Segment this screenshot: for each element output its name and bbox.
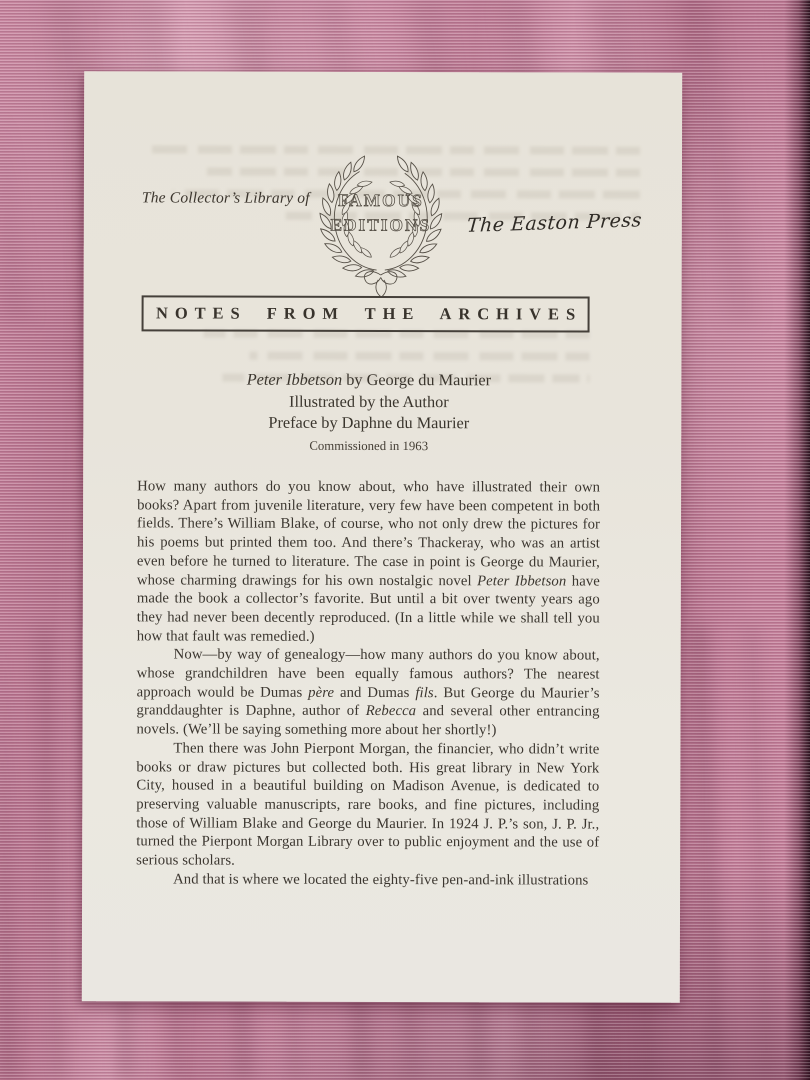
book-title-line: Peter Ibbetson by George du Maurier (137, 368, 600, 391)
series-label: The Collector’s Library of (142, 189, 310, 207)
document-page: The Collector’s Library of FAMOUS EDITIO… (82, 71, 682, 1003)
photo-of-newsletter-on-moire-fabric: The Collector’s Library of FAMOUS EDITIO… (0, 0, 810, 1080)
logo-word-editions: EDITIONS (330, 216, 431, 235)
paragraph-3: Then there was John Pierpont Morgan, the… (136, 739, 599, 871)
paragraph-2: Now—by way of genealogy—how many authors… (136, 646, 599, 741)
preface-by-line: Preface by Daphne du Maurier (137, 411, 600, 434)
notes-from-the-archives-banner: NOTES FROM THE ARCHIVES (142, 295, 590, 332)
banner-title: NOTES FROM THE ARCHIVES (149, 303, 582, 324)
paragraph-1: How many authors do you know about, who … (137, 477, 600, 647)
commissioned-line: Commissioned in 1963 (137, 438, 600, 454)
famous-editions-wreath-logo: FAMOUS EDITIONS (290, 142, 472, 298)
laurel-wreath-icon: FAMOUS EDITIONS (290, 142, 472, 298)
book-title-block: Peter Ibbetson by George du Maurier Illu… (137, 368, 600, 454)
illustrated-by-line: Illustrated by the Author (137, 390, 600, 413)
article-body: How many authors do you know about, who … (136, 477, 600, 890)
paragraph-4: And that is where we located the eighty-… (136, 870, 599, 890)
logo-word-famous: FAMOUS (338, 191, 424, 210)
